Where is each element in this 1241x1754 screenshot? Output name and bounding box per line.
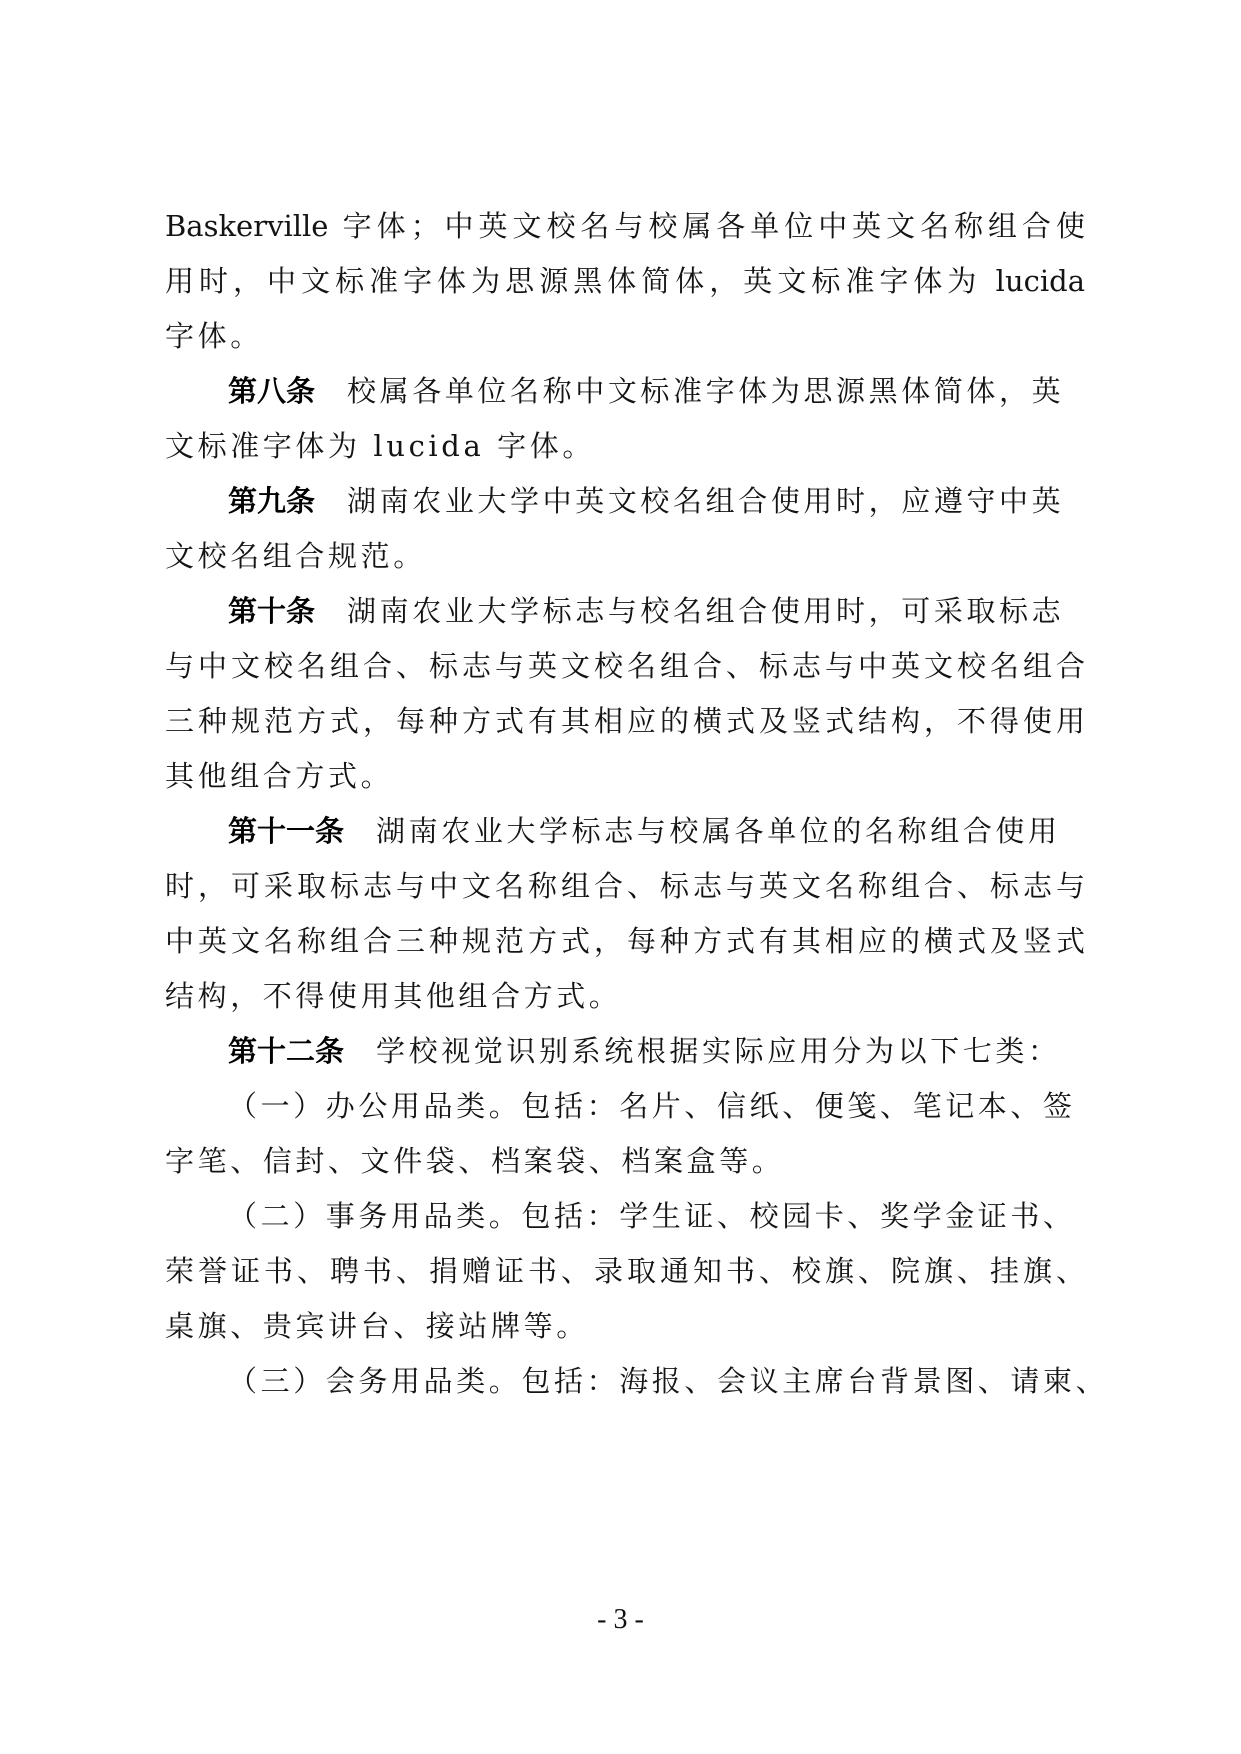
category-2: （二）事务用品类。包括：学生证、校园卡、奖学金证书、 bbox=[228, 1191, 1085, 1241]
body-line: 时，可采取标志与中文名称组合、标志与英文名称组合、标志与 bbox=[165, 861, 1085, 911]
body-line: 用时，中文标准字体为思源黑体简体，英文标准字体为 lucida bbox=[165, 256, 1085, 306]
body-line: 中英文名称组合三种规范方式，每种方式有其相应的横式及竖式 bbox=[165, 916, 1085, 966]
body-line: 文标准字体为 lucida 字体。 bbox=[165, 421, 1085, 471]
page-number: - 3 - bbox=[0, 1600, 1241, 1640]
article-label: 第十条 bbox=[228, 594, 315, 628]
body-line: 桌旗、贵宾讲台、接站牌等。 bbox=[165, 1301, 1085, 1351]
article-11: 第十一条湖南农业大学标志与校属各单位的名称组合使用 bbox=[228, 806, 1085, 856]
body-line: Baskerville 字体；中英文校名与校属各单位中英文名称组合使 bbox=[165, 201, 1085, 251]
article-label: 第十一条 bbox=[228, 814, 344, 848]
article-text: 湖南农业大学标志与校名组合使用时，可采取标志 bbox=[347, 594, 1064, 628]
article-text: 校属各单位名称中文标准字体为思源黑体简体，英 bbox=[347, 374, 1064, 408]
article-9: 第九条湖南农业大学中英文校名组合使用时，应遵守中英 bbox=[228, 476, 1085, 526]
body-line: 文校名组合规范。 bbox=[165, 531, 1085, 581]
body-line: 荣誉证书、聘书、捐赠证书、录取通知书、校旗、院旗、挂旗、 bbox=[165, 1246, 1085, 1296]
document-page: Baskerville 字体；中英文校名与校属各单位中英文名称组合使 用时，中文… bbox=[0, 0, 1241, 1754]
body-line: 三种规范方式，每种方式有其相应的横式及竖式结构，不得使用 bbox=[165, 696, 1085, 746]
article-10: 第十条湖南农业大学标志与校名组合使用时，可采取标志 bbox=[228, 586, 1085, 636]
body-line: 与中文校名组合、标志与英文校名组合、标志与中英文校名组合 bbox=[165, 641, 1085, 691]
body-line: 其他组合方式。 bbox=[165, 751, 1085, 801]
body-line: 字体。 bbox=[165, 311, 1085, 361]
article-label: 第十二条 bbox=[228, 1034, 344, 1068]
category-1: （一）办公用品类。包括：名片、信纸、便笺、笔记本、签 bbox=[228, 1081, 1085, 1131]
article-8: 第八条校属各单位名称中文标准字体为思源黑体简体，英 bbox=[228, 366, 1085, 416]
article-label: 第八条 bbox=[228, 374, 315, 408]
article-text: 湖南农业大学中英文校名组合使用时，应遵守中英 bbox=[347, 484, 1064, 518]
body-line: 字笔、信封、文件袋、档案袋、档案盒等。 bbox=[165, 1136, 1085, 1186]
article-text: 湖南农业大学标志与校属各单位的名称组合使用 bbox=[376, 814, 1061, 848]
article-text: 学校视觉识别系统根据实际应用分为以下七类： bbox=[376, 1034, 1061, 1068]
category-3: （三）会务用品类。包括：海报、会议主席台背景图、请柬、 bbox=[228, 1356, 1085, 1406]
body-line: 结构，不得使用其他组合方式。 bbox=[165, 971, 1085, 1021]
article-label: 第九条 bbox=[228, 484, 315, 518]
article-12: 第十二条学校视觉识别系统根据实际应用分为以下七类： bbox=[228, 1026, 1085, 1076]
